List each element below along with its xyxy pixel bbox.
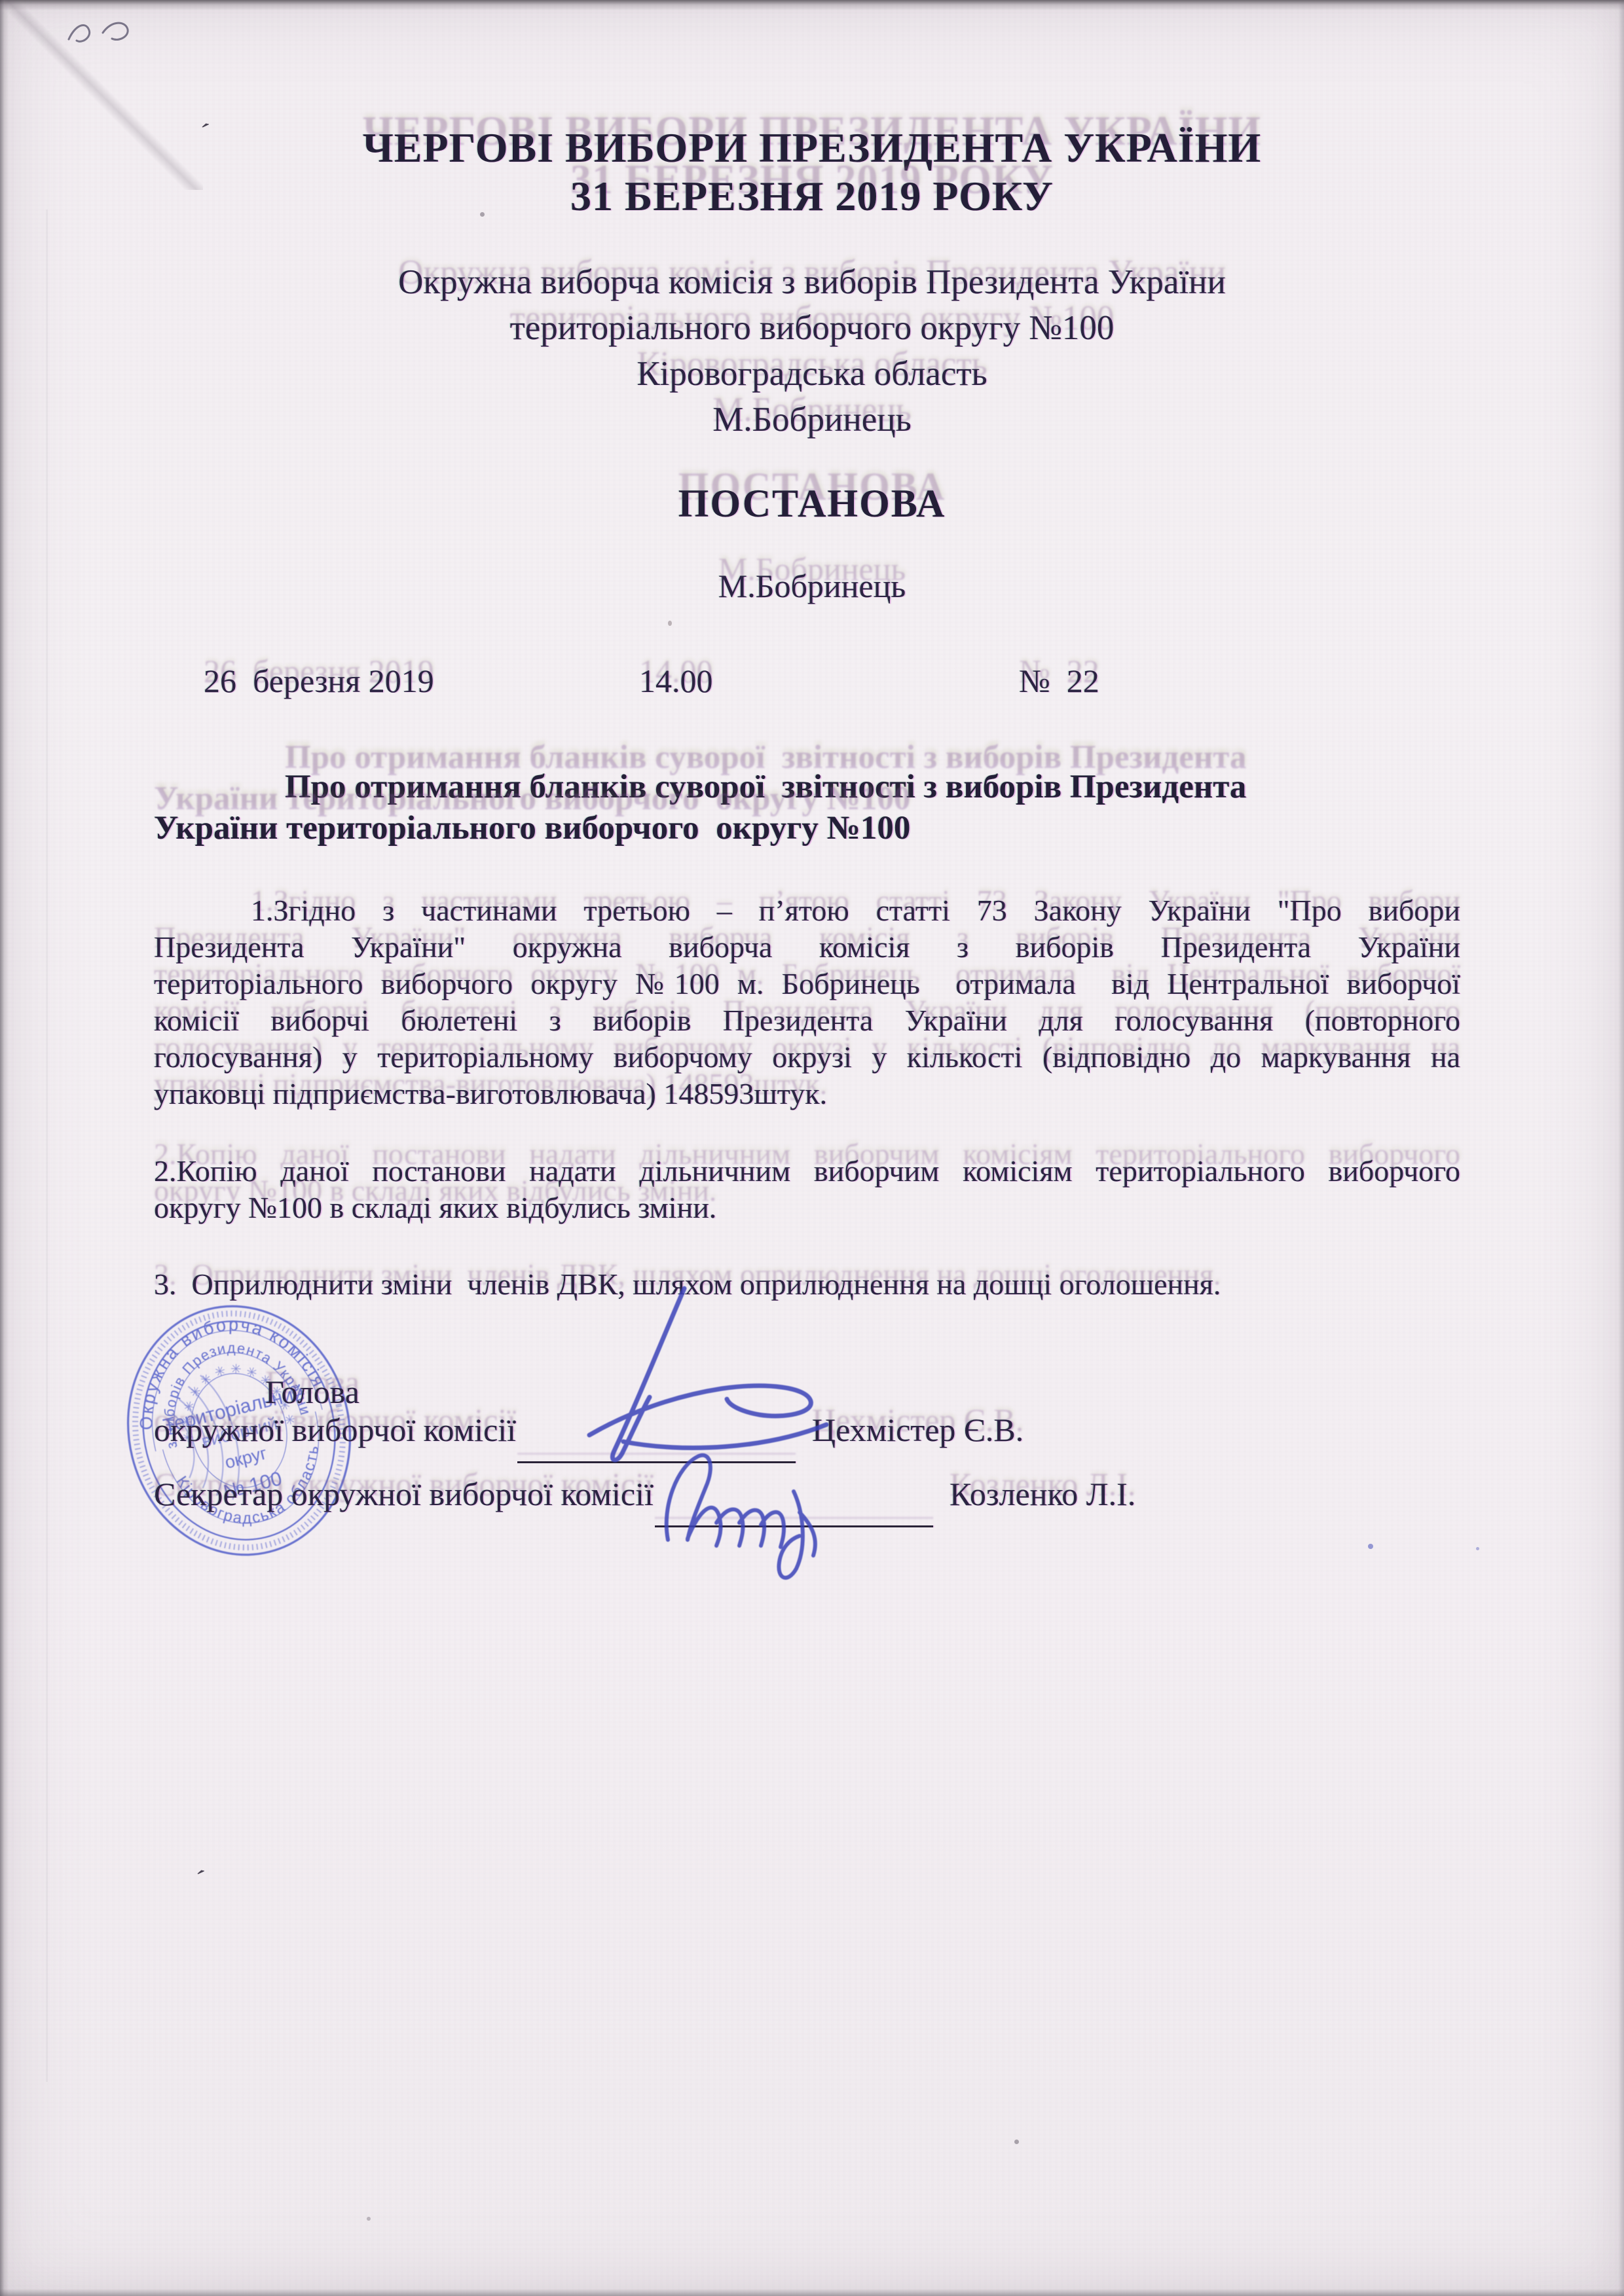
paragraph-2: 2.Копію даної постанови надати дільнични… (154, 1153, 1460, 1226)
doc-time: 14.00 (639, 662, 713, 700)
subject-line-2: України територіального виборчого округу… (154, 808, 1460, 849)
commission-block: Окружна виборча комісія з виборів Презид… (0, 259, 1624, 443)
city-line: М.Бобринець (0, 397, 1624, 443)
scan-speck (609, 824, 612, 827)
district-line: територіального виборчого округу №100 (0, 305, 1624, 351)
doc-date: 26 березня 2019 (204, 662, 434, 700)
head-title-line2: окружної виборчої комісії (154, 1411, 516, 1449)
scan-speck (1368, 1544, 1373, 1549)
pen-squiggle-marks (62, 12, 147, 52)
document-header: ЧЕРГОВІ ВИБОРИ ПРЕЗИДЕНТА УКРАЇНИ 31 БЕР… (0, 124, 1624, 221)
subject-line-1: Про отримання бланків суворої звітності … (154, 767, 1460, 808)
scan-speck (367, 2217, 371, 2221)
scan-edge-top (0, 0, 1624, 10)
region-line: Кіровоградська область (0, 351, 1624, 397)
paragraph-1: 1.Згідно з частинами третьою – п’ятою ст… (154, 892, 1460, 1112)
stray-tick-mark: ´ (191, 1863, 208, 1899)
head-title-line1: Голова (265, 1373, 360, 1411)
paragraph-2-line: 2.Копію даної постанови надати дільнични… (154, 1153, 1460, 1190)
paragraph-1-line: Президента України" окружна виборча комі… (154, 929, 1460, 966)
secretary-signature-ink (648, 1408, 910, 1584)
scanned-document-page: Окружна виборча комісія з виборів Презид… (0, 0, 1624, 2296)
paragraph-1-line: територіального виборчого округу №100 м.… (154, 966, 1460, 1002)
header-line-1: ЧЕРГОВІ ВИБОРИ ПРЕЗИДЕНТА УКРАЇНИ (0, 124, 1624, 172)
commission-name: Окружна виборча комісія з виборів Презид… (0, 259, 1624, 305)
place-line: М.Бобринець (0, 567, 1624, 605)
secretary-name: Козленко Л.І. (950, 1475, 1135, 1513)
paragraph-1-line: комісії виборчі бюлетені з виборів Прези… (154, 1002, 1460, 1039)
paragraph-1-line: голосування) у територіальному виборчому… (154, 1039, 1460, 1076)
scan-speck (1476, 1547, 1479, 1550)
subject-title: Про отримання бланків суворої звітності … (154, 767, 1460, 849)
scan-speck (1014, 2140, 1019, 2144)
header-line-2: 31 БЕРЕЗНЯ 2019 РОКУ (0, 172, 1624, 221)
scan-speck (668, 621, 672, 626)
secretary-title: Секретар окружної виборчої комісії (154, 1475, 654, 1513)
doc-number: № 22 (1019, 662, 1099, 700)
paragraph-2-line: округу №100 в складі яких відбулись змін… (154, 1190, 1460, 1226)
scan-speck (480, 212, 485, 217)
paragraph-1-line: упаковці підприємства-виготовлювача) 148… (154, 1076, 1460, 1112)
doc-type-title: ПОСТАНОВА (0, 481, 1624, 526)
paragraph-1-line: 1.Згідно з частинами третьою – п’ятою ст… (154, 892, 1460, 929)
scan-edge-bottom (0, 2289, 1624, 2296)
